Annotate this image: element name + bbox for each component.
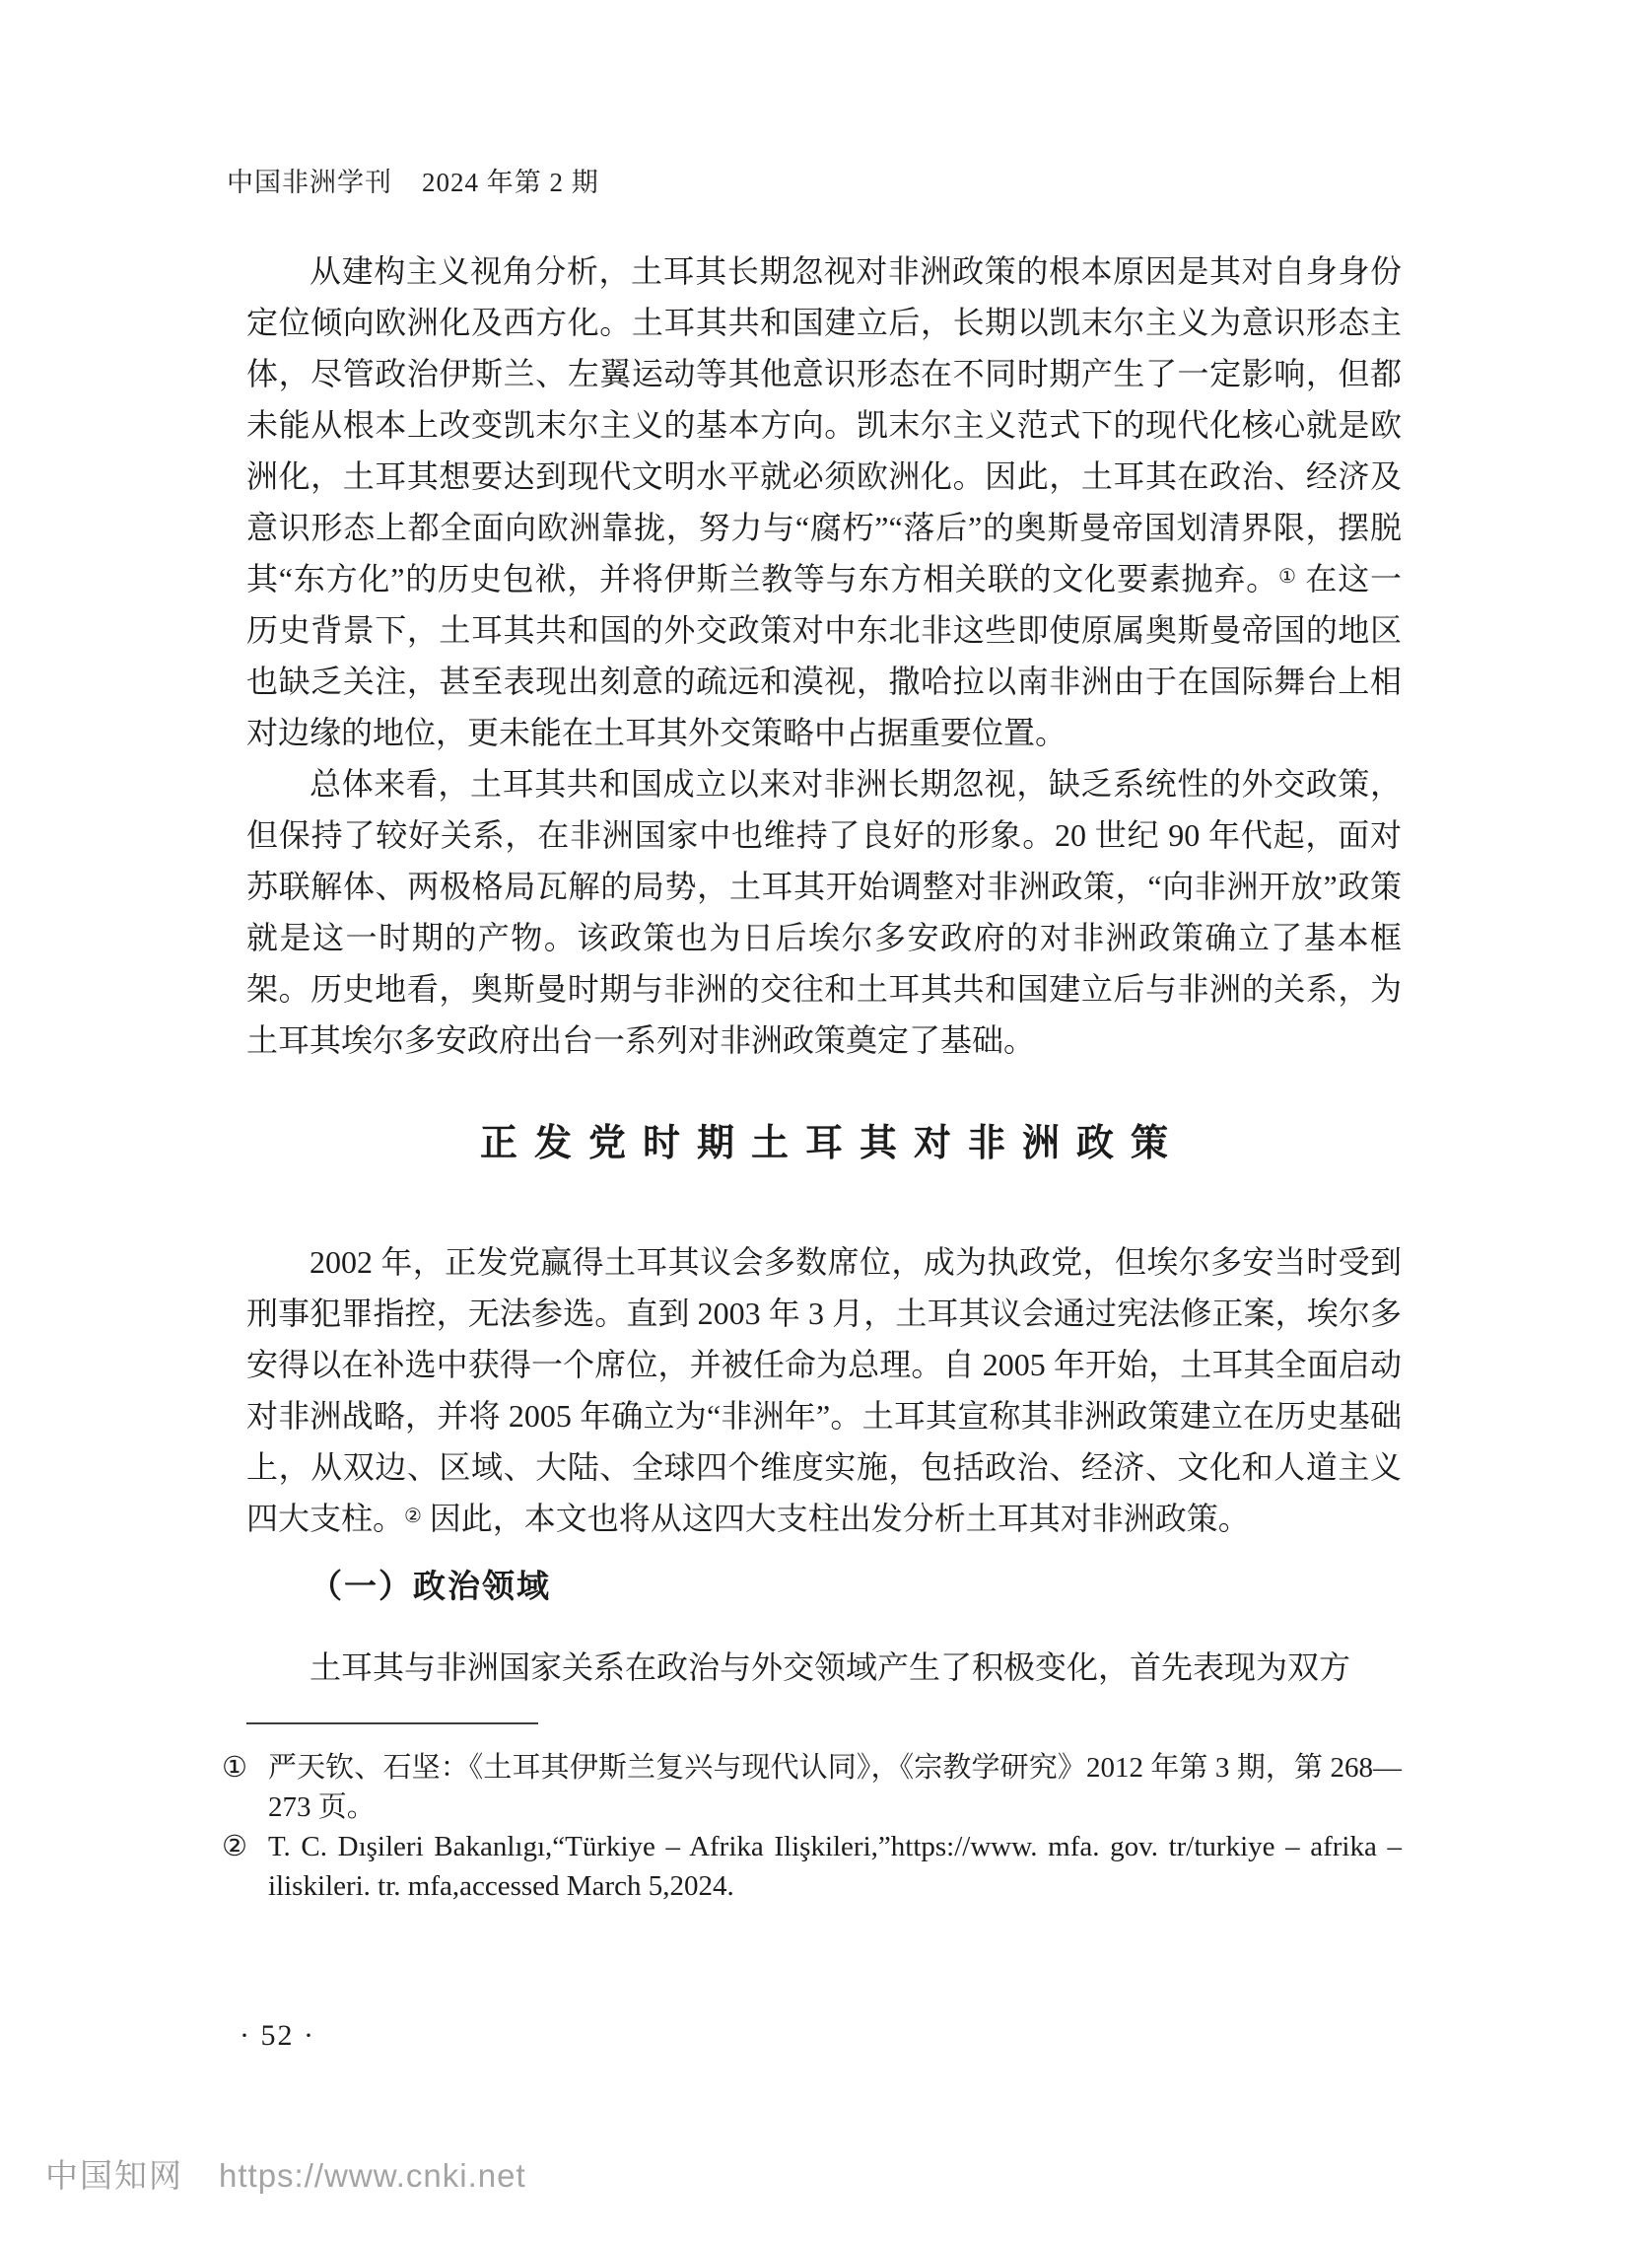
footnote-ref-2: ② <box>404 1506 422 1527</box>
paragraph-2: 总体来看，土耳其共和国成立以来对非洲长期忽视，缺乏系统性的外交政策，但保持了较好… <box>246 758 1402 1066</box>
footnote-ref-1: ① <box>1278 566 1297 588</box>
paper-page: 中国非洲学刊2024 年第 2 期 从建构主义视角分析，土耳其长期忽视对非洲政策… <box>0 0 1652 2243</box>
paragraph-1-text: 从建构主义视角分析，土耳其长期忽视对非洲政策的根本原因是其对自身身份定位倾向欧洲… <box>246 253 1402 596</box>
footnote-2-text: T. C. Dışileri Bakanlıgı,“Türkiye – Afri… <box>268 1831 1402 1902</box>
journal-issue: 2024 年第 2 期 <box>422 168 599 197</box>
watermark-site-url: https://www.cnki.net <box>219 2157 526 2195</box>
footnote-divider <box>246 1722 538 1724</box>
footnote-2-marker: ② <box>222 1827 247 1866</box>
footnote-1-text: 严天钦、石坚：《土耳其伊斯兰复兴与现代认同》，《宗教学研究》2012 年第 3 … <box>268 1752 1402 1823</box>
main-text-block: 从建构主义视角分析，土耳其长期忽视对非洲政策的根本原因是其对自身身份定位倾向欧洲… <box>246 245 1402 1906</box>
page-number: · 52 · <box>240 2019 315 2053</box>
subsection-title: （一）政治领域 <box>246 1562 1402 1613</box>
watermark-site-name: 中国知网 <box>45 2150 183 2197</box>
footnote-1: ①严天钦、石坚：《土耳其伊斯兰复兴与现代认同》，《宗教学研究》2012 年第 3… <box>246 1748 1402 1827</box>
journal-title: 中国非洲学刊 <box>227 168 392 197</box>
paragraph-1: 从建构主义视角分析，土耳其长期忽视对非洲政策的根本原因是其对自身身份定位倾向欧洲… <box>246 245 1402 758</box>
paragraph-3-continuation: 因此，本文也将从这四大支柱出发分析土耳其对非洲政策。 <box>422 1501 1250 1536</box>
cnki-watermark: 中国知网 https://www.cnki.net <box>45 2150 526 2197</box>
footnote-1-marker: ① <box>222 1748 247 1787</box>
running-head: 中国非洲学刊2024 年第 2 期 <box>227 161 599 199</box>
paragraph-3-text: 2002 年，正发党赢得土耳其议会多数席位，成为执政党，但埃尔多安当时受到刑事犯… <box>246 1244 1402 1536</box>
footnotes: ①严天钦、石坚：《土耳其伊斯兰复兴与现代认同》，《宗教学研究》2012 年第 3… <box>246 1748 1402 1906</box>
paragraph-4: 土耳其与非洲国家关系在政治与外交领域产生了积极变化，首先表现为双方 <box>246 1642 1402 1693</box>
footnote-2: ②T. C. Dışileri Bakanlıgı,“Türkiye – Afr… <box>246 1827 1402 1906</box>
paragraph-3: 2002 年，正发党赢得土耳其议会多数席位，成为执政党，但埃尔多安当时受到刑事犯… <box>246 1236 1402 1544</box>
section-title: 正发党时期土耳其对非洲政策 <box>246 1117 1402 1171</box>
